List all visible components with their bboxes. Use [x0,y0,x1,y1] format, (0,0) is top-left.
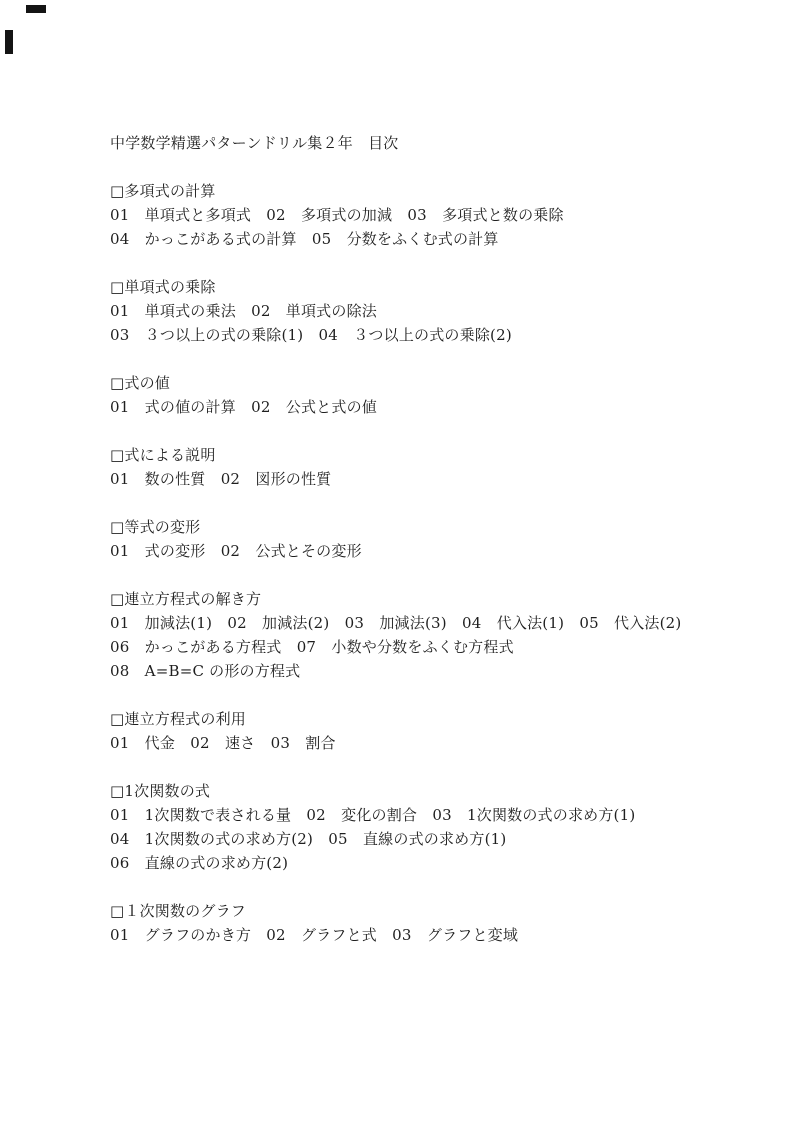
section-heading: □等式の変形 [110,515,730,539]
toc-line: 01 単項式と多項式 02 多項式の加減 03 多項式と数の乗除 [110,203,730,227]
toc-content: 中学数学精選パターンドリル集２年 目次 □多項式の計算 01 単項式と多項式 0… [110,131,730,947]
toc-line: 06 直線の式の求め方(2) [110,851,730,875]
toc-section-polynomial-calc: □多項式の計算 01 単項式と多項式 02 多項式の加減 03 多項式と数の乗除… [110,179,730,251]
toc-line: 06 かっこがある方程式 07 小数や分数をふくむ方程式 [110,635,730,659]
section-heading: □１次関数のグラフ [110,899,730,923]
document-title: 中学数学精選パターンドリル集２年 目次 [110,131,730,155]
toc-section-simultaneous-usage: □連立方程式の利用 01 代金 02 速さ 03 割合 [110,707,730,755]
toc-section-explanation-by-expression: □式による説明 01 数の性質 02 図形の性質 [110,443,730,491]
section-heading: □連立方程式の解き方 [110,587,730,611]
section-heading: □式の値 [110,371,730,395]
section-heading: □1次関数の式 [110,779,730,803]
section-heading: □連立方程式の利用 [110,707,730,731]
toc-line: 08 A=B=C の形の方程式 [110,659,730,683]
toc-section-expression-value: □式の値 01 式の値の計算 02 公式と式の値 [110,371,730,419]
section-heading: □単項式の乗除 [110,275,730,299]
toc-section-linear-function-expression: □1次関数の式 01 1次関数で表される量 02 変化の割合 03 1次関数の式… [110,779,730,875]
toc-section-monomial-muldiv: □単項式の乗除 01 単項式の乗法 02 単項式の除法 03 ３つ以上の式の乗除… [110,275,730,347]
toc-line: 01 式の値の計算 02 公式と式の値 [110,395,730,419]
toc-line: 01 単項式の乗法 02 単項式の除法 [110,299,730,323]
toc-section-simultaneous-solving: □連立方程式の解き方 01 加減法(1) 02 加減法(2) 03 加減法(3)… [110,587,730,683]
toc-line: 01 代金 02 速さ 03 割合 [110,731,730,755]
toc-section-linear-function-graph: □１次関数のグラフ 01 グラフのかき方 02 グラフと式 03 グラフと変域 [110,899,730,947]
toc-line: 03 ３つ以上の式の乗除(1) 04 ３つ以上の式の乗除(2) [110,323,730,347]
toc-line: 04 かっこがある式の計算 05 分数をふくむ式の計算 [110,227,730,251]
toc-line: 01 加減法(1) 02 加減法(2) 03 加減法(3) 04 代入法(1) … [110,611,730,635]
section-heading: □多項式の計算 [110,179,730,203]
toc-section-equation-transform: □等式の変形 01 式の変形 02 公式とその変形 [110,515,730,563]
toc-line: 01 数の性質 02 図形の性質 [110,467,730,491]
toc-line: 01 式の変形 02 公式とその変形 [110,539,730,563]
toc-line: 04 1次関数の式の求め方(2) 05 直線の式の求め方(1) [110,827,730,851]
section-heading: □式による説明 [110,443,730,467]
document-page: 中学数学精選パターンドリル集２年 目次 □多項式の計算 01 単項式と多項式 0… [0,0,793,1122]
toc-line: 01 グラフのかき方 02 グラフと式 03 グラフと変域 [110,923,730,947]
crop-mark-horizontal [26,5,46,13]
crop-mark-vertical [5,30,13,54]
toc-line: 01 1次関数で表される量 02 変化の割合 03 1次関数の式の求め方(1) [110,803,730,827]
